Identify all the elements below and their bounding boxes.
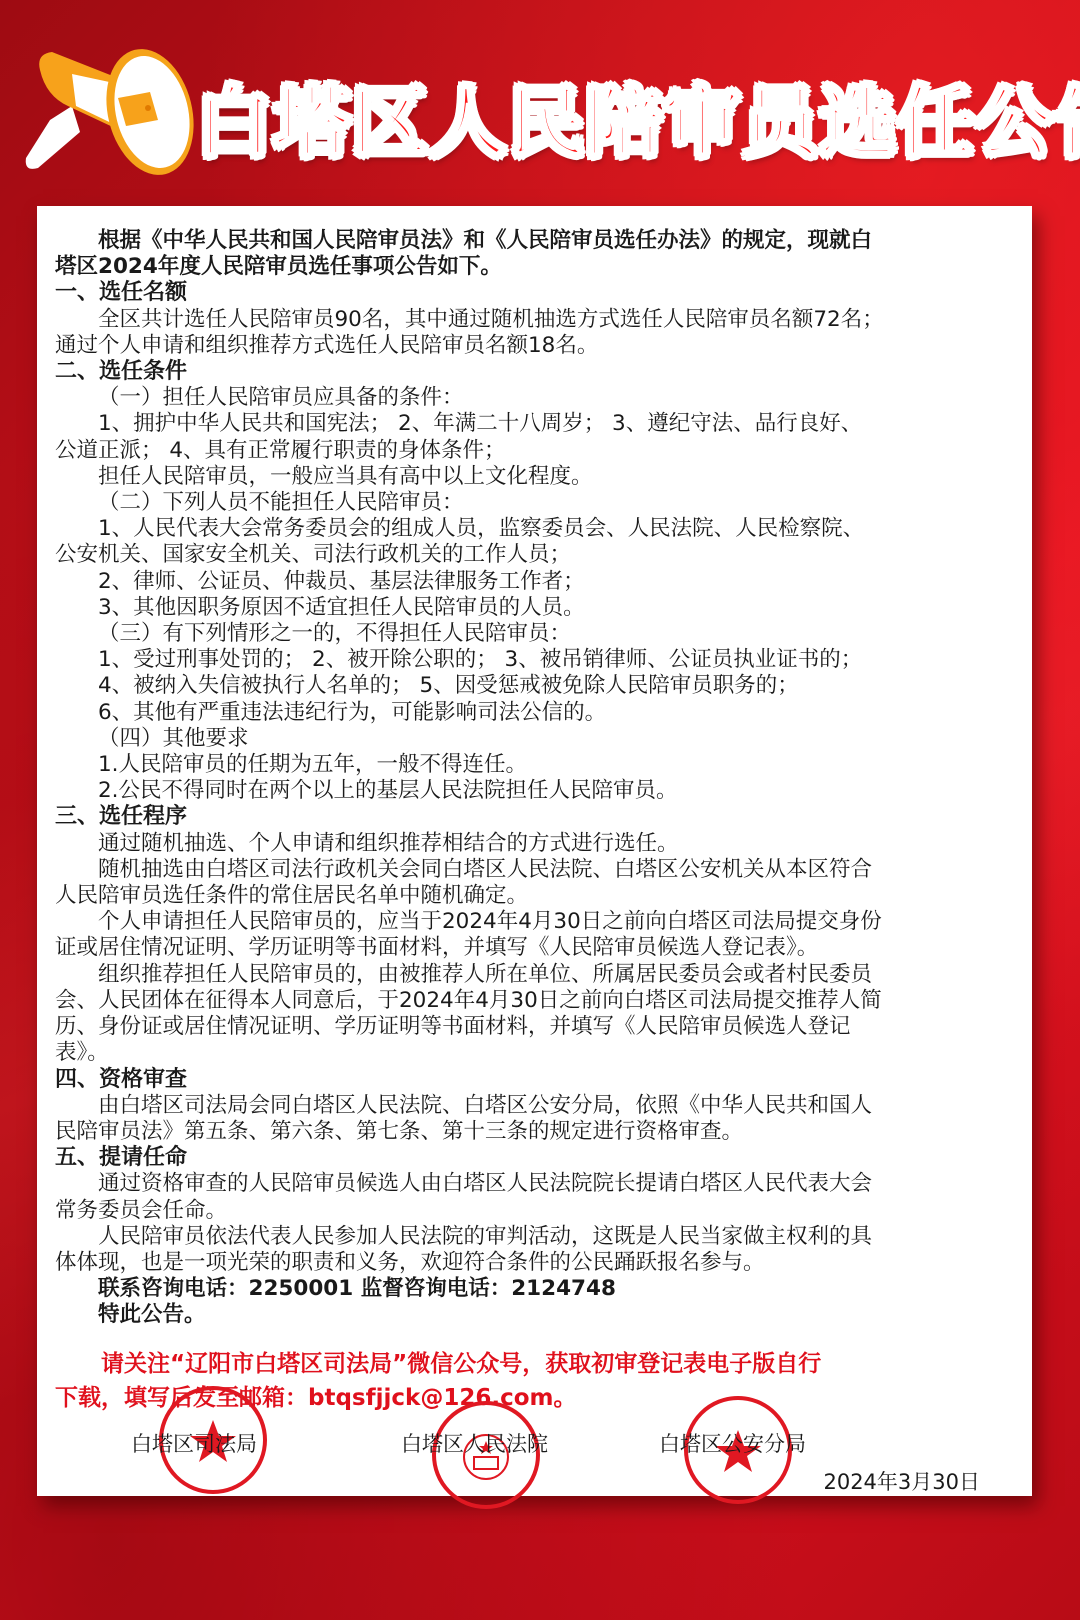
signature-peoples-court: 白塔区人民法院 xyxy=(401,1428,548,1458)
paragraph-line: 表》。 xyxy=(55,1040,1015,1066)
paragraph-line: 4、被纳入失信被执行人名单的； 5、因受惩戒被免除人民陪审员职务的； xyxy=(55,673,1015,699)
section-heading: 二、选任条件 xyxy=(55,359,1015,385)
paragraph-line: 证或居住情况证明、学历证明等书面材料，并填写《人民陪审员候选人登记表》。 xyxy=(55,935,1015,961)
signature-public-security-bureau: 白塔区公安分局 xyxy=(659,1428,806,1458)
paragraph-line: 1.人民陪审员的任期为五年，一般不得连任。 xyxy=(55,752,1015,778)
intro-text: 根据《中华人民共和国人民陪审员法》和《人民陪审员选任办法》的规定，现就白 xyxy=(55,228,1015,254)
paragraph-line: 公道正派； 4、具有正常履行职责的身体条件； xyxy=(55,438,1015,464)
paragraph-line: 1、受过刑事处罚的； 2、被开除公职的； 3、被吊销律师、公证员执业证书的； xyxy=(55,647,1015,673)
paragraph-line: 由白塔区司法局会同白塔区人民法院、白塔区公安分局，依照《中华人民共和国人 xyxy=(55,1093,1015,1119)
paragraph-line: 公安机关、国家安全机关、司法行政机关的工作人员； xyxy=(55,542,1015,568)
paragraph-line: 通过个人申请和组织推荐方式选任人民陪审员名额18名。 xyxy=(55,333,1015,359)
paragraph-line: 通过资格审查的人民陪审员候选人由白塔区人民法院院长提请白塔区人民代表大会 xyxy=(55,1171,1015,1197)
paragraph-line: 全区共计选任人民陪审员90名，其中通过随机抽选方式选任人民陪审员名额72名； xyxy=(55,307,1015,333)
paragraph-line: 人民陪审员选任条件的常住居民名单中随机确定。 xyxy=(55,883,1015,909)
paragraph-line: （四）其他要求 xyxy=(55,726,1015,752)
paragraph-line: 2、律师、公证员、仲裁员、基层法律服务工作者； xyxy=(55,569,1015,595)
paragraph-line: 担任人民陪审员，一般应当具有高中以上文化程度。 xyxy=(55,464,1015,490)
paragraph-line: 常务委员会任命。 xyxy=(55,1198,1015,1224)
wechat-notice: 请关注“辽阳市白塔区司法局”微信公众号，获取初审登记表电子版自行 xyxy=(55,1347,1015,1381)
section-heading: 五、提请任命 xyxy=(55,1145,1015,1171)
paragraph-line: 体体现，也是一项光荣的职责和义务，欢迎符合条件的公民踊跃报名参与。 xyxy=(55,1250,1015,1276)
intro-text: 塔区2024年度人民陪审员选任事项公告如下。 xyxy=(55,254,1015,280)
paragraph-line: 1、拥护中华人民共和国宪法； 2、年满二十八周岁； 3、遵纪守法、品行良好、 xyxy=(55,411,1015,437)
header-banner: 白塔区人民陪审员选任公告 xyxy=(0,0,1080,205)
paragraph-line: 6、其他有严重违法违纪行为，可能影响司法公信的。 xyxy=(55,700,1015,726)
contact-phones: 联系咨询电话：2250001 监督咨询电话：2124748 xyxy=(55,1276,1015,1302)
paragraph-line: 民陪审员法》第五条、第六条、第七条、第十三条的规定进行资格审查。 xyxy=(55,1119,1015,1145)
paragraph-line: 个人申请担任人民陪审员的，应当于2024年4月30日之前向白塔区司法局提交身份 xyxy=(55,909,1015,935)
closing-text: 特此公告。 xyxy=(55,1302,1015,1328)
signature-justice-bureau: 白塔区司法局 xyxy=(131,1428,257,1458)
notice-body: 根据《中华人民共和国人民陪审员法》和《人民陪审员选任办法》的规定，现就白 塔区2… xyxy=(55,228,1015,1415)
paragraph-line: 通过随机抽选、个人申请和组织推荐相结合的方式进行选任。 xyxy=(55,831,1015,857)
section-heading: 四、资格审查 xyxy=(55,1067,1015,1093)
megaphone-icon xyxy=(10,40,200,180)
paragraph-line: 会、人民团体在征得本人同意后，于2024年4月30日之前向白塔区司法局提交推荐人… xyxy=(55,988,1015,1014)
paragraph-line: 组织推荐担任人民陪审员的，由被推荐人所在单位、所属居民委员会或者村民委员 xyxy=(55,962,1015,988)
paragraph-line: 随机抽选由白塔区司法行政机关会同白塔区人民法院、白塔区公安机关从本区符合 xyxy=(55,857,1015,883)
paragraph-line: 1、人民代表大会常务委员会的组成人员，监察委员会、人民法院、人民检察院、 xyxy=(55,516,1015,542)
paragraph-line: （二）下列人员不能担任人民陪审员： xyxy=(55,490,1015,516)
paragraph-line: （三）有下列情形之一的，不得担任人民陪审员： xyxy=(55,621,1015,647)
paragraph-line: 2.公民不得同时在两个以上的基层人民法院担任人民陪审员。 xyxy=(55,778,1015,804)
page-title: 白塔区人民陪审员选任公告 xyxy=(196,62,1080,171)
section-heading: 一、选任名额 xyxy=(55,280,1015,306)
paragraph-line: （一）担任人民陪审员应具备的条件： xyxy=(55,385,1015,411)
paragraph-line: 3、其他因职务原因不适宜担任人民陪审员的人员。 xyxy=(55,595,1015,621)
section-heading: 三、选任程序 xyxy=(55,804,1015,830)
paragraph-line: 历、身份证或居住情况证明、学历证明等书面材料，并填写《人民陪审员候选人登记 xyxy=(55,1014,1015,1040)
spacer xyxy=(55,1329,1015,1347)
paragraph-line: 人民陪审员依法代表人民参加人民法院的审判活动，这既是人民当家做主权利的具 xyxy=(55,1224,1015,1250)
notice-card: 根据《中华人民共和国人民陪审员法》和《人民陪审员选任办法》的规定，现就白 塔区2… xyxy=(37,206,1032,1496)
notice-date: 2024年3月30日 xyxy=(823,1466,980,1496)
